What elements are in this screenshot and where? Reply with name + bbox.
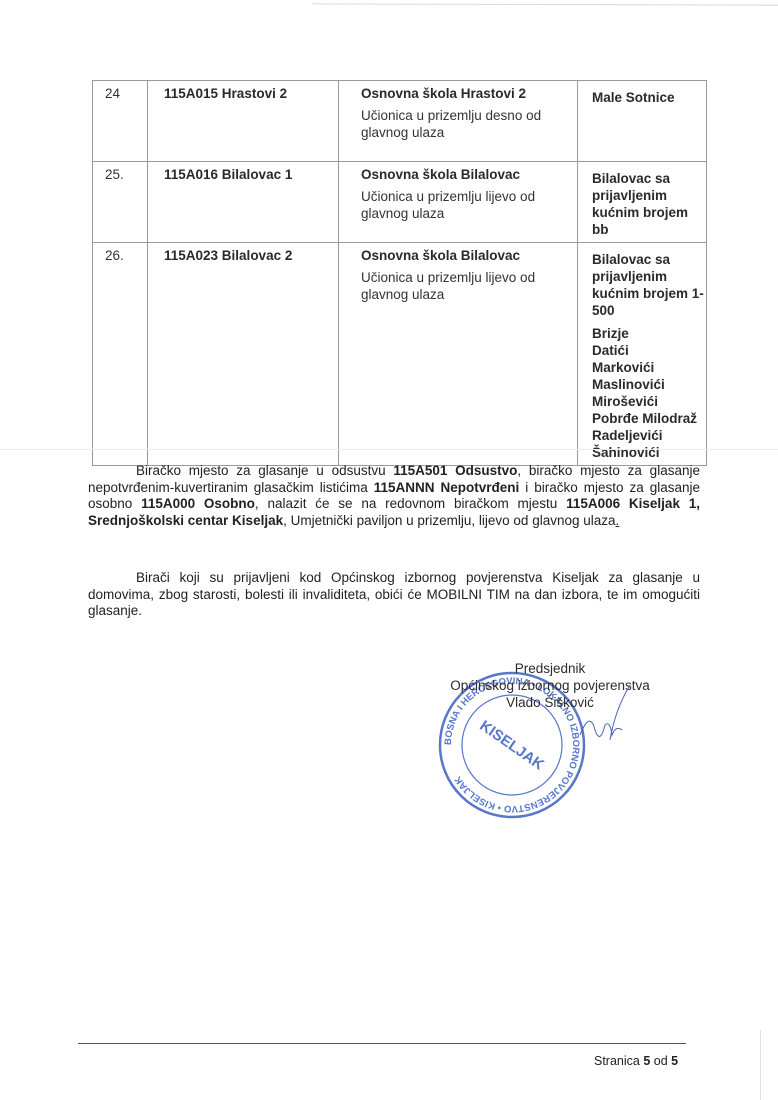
signature-title: Predsjednik bbox=[440, 660, 660, 677]
text: . bbox=[616, 513, 620, 528]
station-area: Male Sotnice bbox=[578, 81, 707, 162]
station-area: Bilalovac sa prijavljenim kućnim brojem … bbox=[578, 162, 707, 243]
total-pages: 5 bbox=[671, 1054, 678, 1068]
village: Datići bbox=[592, 342, 706, 359]
absentee-voting-paragraph: Biračko mjesto za glasanje u odsustvu 11… bbox=[88, 463, 700, 529]
village: Miroševići bbox=[592, 393, 706, 410]
current-page: 5 bbox=[643, 1054, 650, 1068]
row-number: 25. bbox=[93, 162, 148, 243]
station-code: 115A016 Bilalovac 1 bbox=[148, 162, 339, 243]
scan-fold-line bbox=[0, 449, 778, 450]
code-absentee: 115A501 Odsustvo bbox=[393, 463, 517, 478]
row-number: 24 bbox=[93, 81, 148, 162]
school-name: Osnovna škola Bilalovac bbox=[361, 166, 577, 183]
page-number: Stranica 5 od 5 bbox=[594, 1054, 678, 1068]
room-description: Učionica u prizemlju desno od glavnog ul… bbox=[361, 107, 577, 141]
village: Brizje bbox=[592, 325, 706, 342]
row-number: 26. bbox=[93, 243, 148, 466]
text: , Umjetnički paviljon u prizemlju, lijev… bbox=[283, 513, 615, 528]
code-unconfirmed: 115ANNN Nepotvrđeni bbox=[374, 480, 520, 495]
page-label: Stranica bbox=[594, 1054, 640, 1068]
station-area: Bilalovac sa prijavljenim kućnim brojem … bbox=[578, 243, 707, 466]
area-text: Bilalovac sa prijavljenim kućnim brojem … bbox=[592, 170, 706, 238]
village: Šahinovići bbox=[592, 444, 706, 461]
area-text: Bilalovac sa prijavljenim kućnim brojem … bbox=[592, 251, 706, 319]
text: Biračko mjesto za glasanje u odsustvu bbox=[136, 463, 393, 478]
station-location: Osnovna škola Hrastovi 2 Učionica u priz… bbox=[339, 81, 578, 162]
station-code: 115A023 Bilalovac 2 bbox=[148, 243, 339, 466]
school-name: Osnovna škola Bilalovac bbox=[361, 247, 577, 264]
room-description: Učionica u prizemlju lijevo od glavnog u… bbox=[361, 269, 577, 303]
polling-stations-table: 24 115A015 Hrastovi 2 Osnovna škola Hras… bbox=[92, 80, 707, 466]
village: Pobrđe Milodraž bbox=[592, 410, 706, 427]
village: Maslinovići bbox=[592, 376, 706, 393]
scan-artifact-line bbox=[312, 3, 778, 5]
area-text: Male Sotnice bbox=[592, 89, 706, 106]
page-of: od bbox=[654, 1054, 668, 1068]
village: Radeljevići bbox=[592, 427, 706, 444]
text: Birači koji su prijavljeni kod Općinskog… bbox=[88, 570, 700, 618]
footer-divider bbox=[78, 1043, 686, 1044]
scan-edge bbox=[760, 1030, 761, 1100]
mobile-team-paragraph: Birači koji su prijavljeni kod Općinskog… bbox=[88, 570, 700, 620]
village: Markovići bbox=[592, 359, 706, 376]
station-location: Osnovna škola Bilalovac Učionica u prize… bbox=[339, 162, 578, 243]
station-location: Osnovna škola Bilalovac Učionica u prize… bbox=[339, 243, 578, 466]
handwritten-signature-icon bbox=[560, 680, 680, 750]
table-row: 24 115A015 Hrastovi 2 Osnovna škola Hras… bbox=[93, 81, 707, 162]
school-name: Osnovna škola Hrastovi 2 bbox=[361, 85, 577, 102]
text: , nalazit će se na redovnom biračkom mje… bbox=[255, 496, 566, 511]
room-description: Učionica u prizemlju lijevo od glavnog u… bbox=[361, 188, 577, 222]
code-in-person: 115A000 Osobno bbox=[141, 496, 255, 511]
station-code: 115A015 Hrastovi 2 bbox=[148, 81, 339, 162]
table-row: 25. 115A016 Bilalovac 1 Osnovna škola Bi… bbox=[93, 162, 707, 243]
svg-text:KISELJAK: KISELJAK bbox=[476, 717, 547, 774]
village-list: Brizje Datići Markovići Maslinovići Miro… bbox=[592, 325, 706, 461]
table-row: 26. 115A023 Bilalovac 2 Osnovna škola Bi… bbox=[93, 243, 707, 466]
